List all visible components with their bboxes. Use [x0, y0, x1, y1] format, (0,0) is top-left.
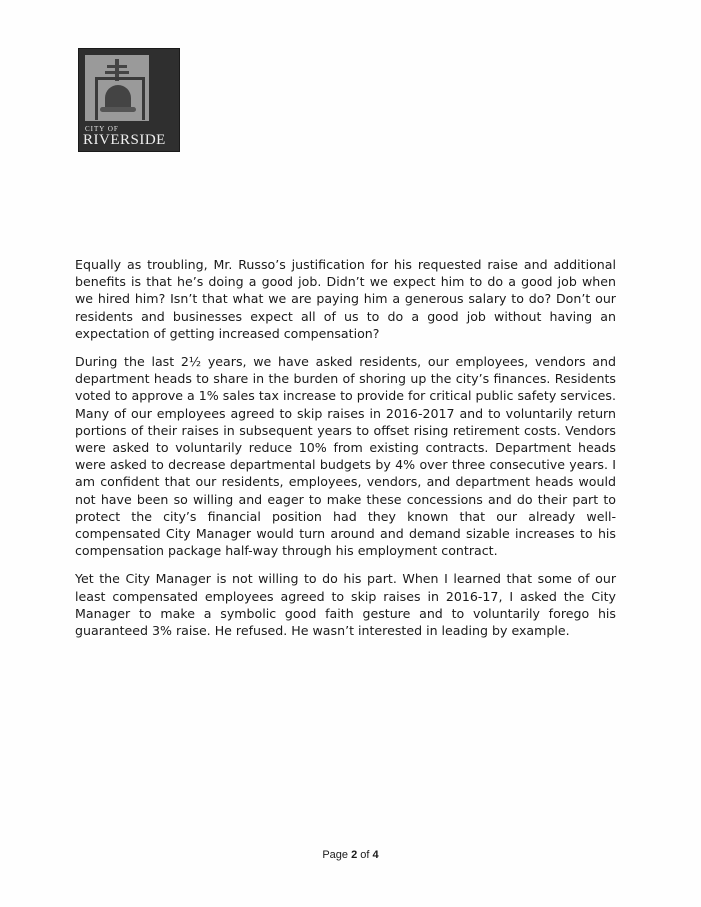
paragraph-3: Yet the City Manager is not willing to d… [75, 570, 616, 639]
document-page: CITY OF RIVERSIDE Equally as troubling, … [0, 0, 701, 907]
logo-riverside-text: RIVERSIDE [83, 132, 166, 149]
paragraph-2: During the last 2½ years, we have asked … [75, 353, 616, 559]
total-pages: 4 [373, 849, 379, 861]
page-of-label: of [357, 849, 372, 861]
bell-icon [85, 55, 149, 121]
cross-bar [107, 65, 127, 68]
letter-body: Equally as troubling, Mr. Russo’s justif… [75, 256, 616, 650]
page-number-footer: Page 2 of 4 [0, 849, 701, 861]
paragraph-1: Equally as troubling, Mr. Russo’s justif… [75, 256, 616, 342]
cross-bar-lower [105, 71, 129, 74]
city-of-riverside-logo: CITY OF RIVERSIDE [78, 48, 180, 152]
page-label: Page [322, 849, 351, 861]
bell-base [100, 107, 136, 112]
